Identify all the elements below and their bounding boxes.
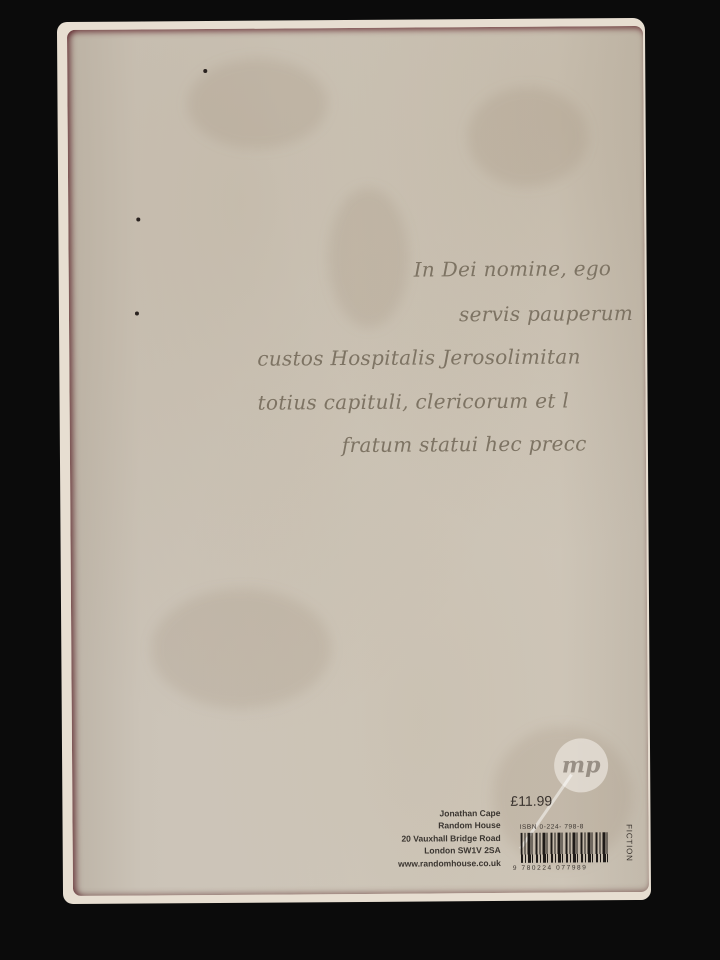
barcode-number: 9 780224 077989 [513, 864, 588, 872]
publisher-address: Jonathan Cape Random House 20 Vauxhall B… [398, 806, 501, 869]
back-cover: In Dei nomine, ego servis pauperum custo… [67, 26, 649, 896]
speck [136, 217, 140, 221]
publisher-website: www.randomhouse.co.uk [398, 856, 501, 869]
manuscript-line-1: In Dei nomine, ego [414, 256, 612, 281]
manuscript-line-2: servis pauperum [459, 301, 633, 326]
speck [135, 311, 139, 315]
manuscript-line-5: fratum statui hec precc [342, 431, 587, 457]
manuscript-line-4: totius capituli, clericorum et l [258, 388, 570, 414]
stain [151, 588, 332, 709]
price: £11.99 [510, 793, 552, 809]
isbn-label: ISBN 0-224- 798-8 [520, 823, 584, 830]
stain [187, 58, 328, 149]
manuscript-line-3: custos Hospitalis Jerosolimitan [257, 344, 581, 370]
stain [467, 86, 588, 187]
speck [203, 69, 207, 73]
publisher-parent: Random House [398, 819, 501, 832]
publisher-street: 20 Vauxhall Bridge Road [398, 831, 501, 844]
book: In Dei nomine, ego servis pauperum custo… [57, 18, 651, 904]
genre-label: FICTION [625, 824, 634, 862]
publisher-city: London SW1V 2SA [398, 844, 501, 857]
publisher-name: Jonathan Cape [398, 806, 501, 819]
stain [328, 188, 409, 329]
barcode-icon [521, 832, 609, 863]
